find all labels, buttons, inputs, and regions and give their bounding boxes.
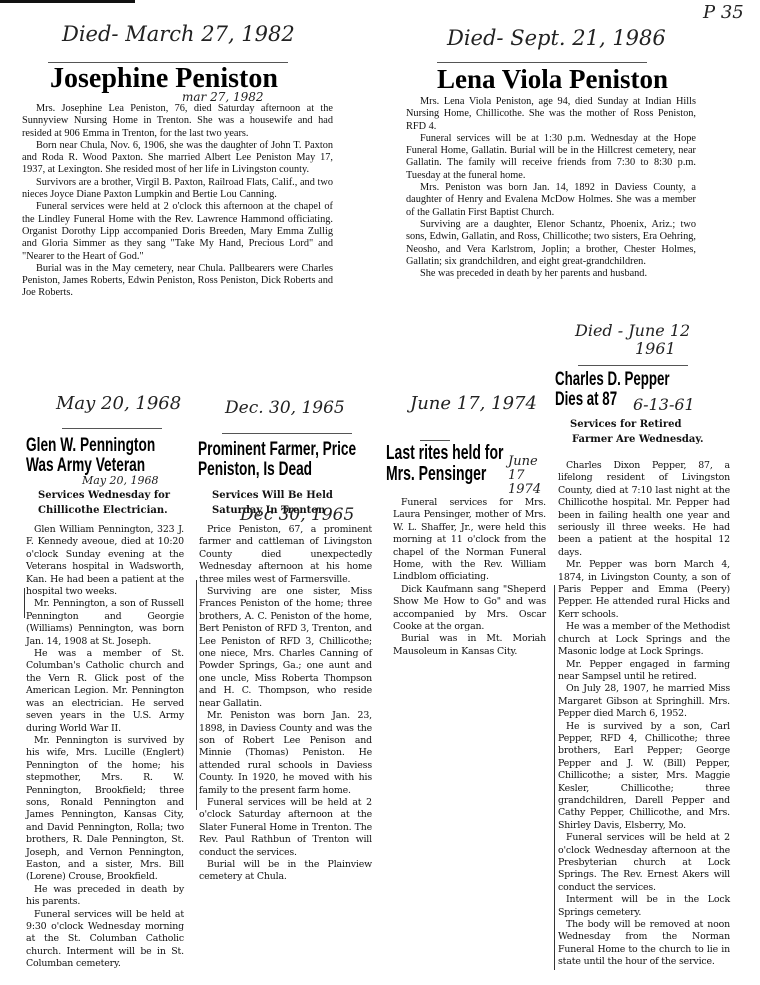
handwritten-date: Died- Sept. 21, 1986 xyxy=(447,26,666,50)
obituary-body: Mrs. Lena Viola Peniston, age 94, died S… xyxy=(406,96,696,280)
paragraph: Mr. Pennington, a son of Russell Penning… xyxy=(26,598,184,648)
headline: Prominent Farmer, Price Peniston, Is Dea… xyxy=(198,440,385,480)
divider xyxy=(222,433,352,434)
handwritten-margin-date: June 17 1974 xyxy=(508,455,548,497)
paragraph: Burial was in the May cemetery, near Chu… xyxy=(22,263,333,300)
headline-line: Charles D. Pepper xyxy=(555,370,695,390)
paragraph: He was a member of St. Columban's Cathol… xyxy=(26,648,184,735)
paragraph: Funeral services will be held at 2 o'clo… xyxy=(558,832,730,894)
handwritten-date: June 17, 1974 xyxy=(410,393,537,414)
headline-line: Peniston, Is Dead xyxy=(198,460,385,480)
page-number-mark: P 35 xyxy=(703,2,744,23)
paragraph: Funeral services will be held at 2 o'clo… xyxy=(199,797,372,859)
paragraph: Funeral services for Mrs. Laura Pensinge… xyxy=(393,497,546,584)
paragraph: She was preceded in death by her parents… xyxy=(406,268,696,280)
paragraph: The body will be removed at noon Wednesd… xyxy=(558,919,730,969)
paragraph: Price Peniston, 67, a prominent farmer a… xyxy=(199,524,372,586)
handwritten-date-line: 1961 xyxy=(575,340,745,358)
headline-line: Prominent Farmer, Price xyxy=(198,440,385,460)
paragraph: Charles Dixon Pepper, 87, a lifelong res… xyxy=(558,460,730,559)
scan-edge-mark xyxy=(0,0,135,3)
obituary-body: Glen William Pennington, 323 J. F. Kenne… xyxy=(26,524,184,971)
subhead-line: Services Will Be Held xyxy=(212,488,362,503)
headline-line: Glen W. Pennington xyxy=(26,436,192,456)
subhead-line: Farmer Are Wednesday. xyxy=(570,432,740,447)
subheadline: Services Wednesday for Chillicothe Elect… xyxy=(38,488,188,518)
column-rule xyxy=(554,585,555,970)
paragraph: Funeral services will be held at 9:30 o'… xyxy=(26,909,184,971)
paragraph: Burial will be in the Plainview cemetery… xyxy=(199,859,372,884)
paragraph: Mrs. Peniston was born Jan. 14, 1892 in … xyxy=(406,182,696,219)
paragraph: Mr. Pennington is survived by his wife, … xyxy=(26,735,184,884)
handwritten-date: Dec. 30, 1965 xyxy=(225,398,345,418)
handwritten-date: Died- March 27, 1982 xyxy=(62,22,295,46)
column-rule xyxy=(24,588,25,618)
handwritten-margin-date: 6-13-61 xyxy=(633,395,695,414)
handwritten-date: Died - June 12 1961 xyxy=(575,322,745,358)
subhead-line: Services for Retired xyxy=(570,417,740,432)
paragraph: Dick Kaufmann sang "Sheperd Show Me How … xyxy=(393,584,546,634)
paragraph: Funeral services will be at 1:30 p.m. We… xyxy=(406,133,696,182)
paragraph: Born near Chula, Nov. 6, 1906, she was t… xyxy=(22,140,333,177)
paragraph: Surviving are one sister, Miss Frances P… xyxy=(199,586,372,710)
obituary-body: Funeral services for Mrs. Laura Pensinge… xyxy=(393,497,546,658)
headline: Glen W. Pennington Was Army Veteran xyxy=(26,436,192,476)
subheadline: Services for Retired Farmer Are Wednesda… xyxy=(570,417,740,447)
divider xyxy=(578,365,688,366)
divider xyxy=(437,62,647,63)
paragraph: On July 28, 1907, he married Miss Margar… xyxy=(558,683,730,720)
paragraph: Mrs. Josephine Lea Peniston, 76, died Sa… xyxy=(22,103,333,140)
column-rule xyxy=(196,580,197,810)
subhead-line: Services Wednesday for xyxy=(38,488,188,503)
headline: Lena Viola Peniston xyxy=(437,64,668,95)
paragraph: Mr. Pepper engaged in farming near Samps… xyxy=(558,659,730,684)
handwritten-margin-date: May 20, 1968 xyxy=(82,474,159,487)
paragraph: Survivors are a brother, Virgil B. Paxto… xyxy=(22,177,333,202)
paragraph: Surviving are a daughter, Elenor Schantz… xyxy=(406,219,696,268)
subhead-line: Chillicothe Electrician. xyxy=(38,503,188,518)
divider xyxy=(420,440,450,441)
paragraph: He is survived by a son, Carl Pepper, RF… xyxy=(558,721,730,833)
paragraph: Mrs. Lena Viola Peniston, age 94, died S… xyxy=(406,96,696,133)
paragraph: He was a member of the Methodist church … xyxy=(558,621,730,658)
paragraph: Funeral services were held at 2 o'clock … xyxy=(22,201,333,262)
obituary-body: Mrs. Josephine Lea Peniston, 76, died Sa… xyxy=(22,103,333,300)
paragraph: Mr. Peniston was born Jan. 23, 1898, in … xyxy=(199,710,372,797)
paragraph: Mr. Pepper was born March 4, 1874, in Li… xyxy=(558,559,730,621)
handwritten-date: May 20, 1968 xyxy=(56,393,181,414)
paragraph: Glen William Pennington, 323 J. F. Kenne… xyxy=(26,524,184,598)
divider xyxy=(62,428,162,429)
paragraph: Burial was in Mt. Moriah Mausoleum in Ka… xyxy=(393,633,546,658)
handwritten-date-line: Died - June 12 xyxy=(575,322,745,340)
obituary-body: Price Peniston, 67, a prominent farmer a… xyxy=(199,524,372,884)
obituary-body: Charles Dixon Pepper, 87, a lifelong res… xyxy=(558,460,730,969)
handwritten-margin-date: Dec 30, 1965 xyxy=(240,505,354,525)
handwritten-margin-date: mar 27, 1982 xyxy=(182,90,264,104)
paragraph: He was preceded in death by his parents. xyxy=(26,884,184,909)
headline-line: Was Army Veteran xyxy=(26,456,192,476)
paragraph: Interment will be in the Lock Springs ce… xyxy=(558,894,730,919)
